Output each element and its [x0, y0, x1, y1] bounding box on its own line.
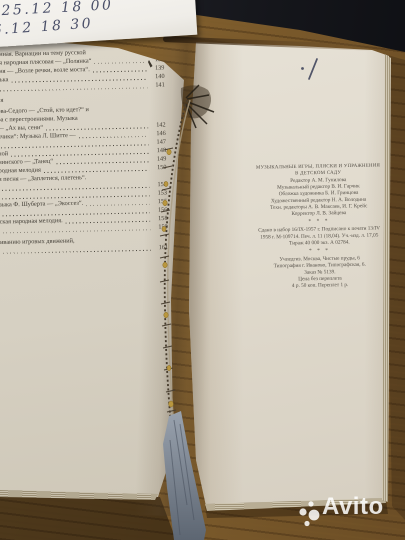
thread-knots	[162, 149, 176, 441]
note-line: 6.12 18 30	[0, 16, 94, 39]
bookmark-ribbon	[163, 411, 206, 540]
avito-logo-icon	[294, 490, 324, 538]
spine-stitching-and-marks	[0, 0, 405, 540]
note-line: 25.12 18 00	[1, 0, 114, 19]
ink-speck	[148, 60, 153, 68]
pencil-mark	[301, 59, 317, 79]
avito-watermark: Avito	[294, 490, 405, 538]
avito-watermark-text: Avito	[322, 493, 384, 521]
book-photo: МУЗЫКАЛЬНЫЕ ИГРЫ, ПЛЯСКИ И УПРАЖНЕНИЯВ Д…	[0, 0, 405, 540]
